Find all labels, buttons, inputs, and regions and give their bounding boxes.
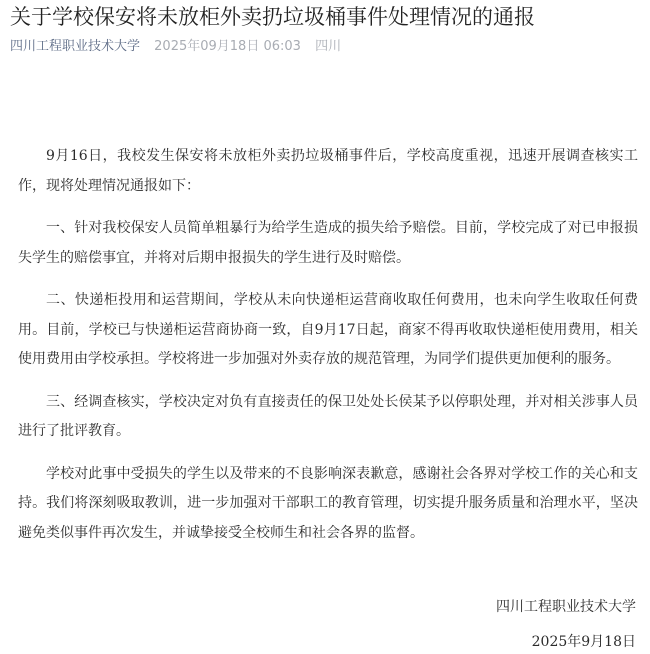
article-header: 关于学校保安将未放柜外卖扔垃圾桶事件处理情况的通报 四川工程职业技术大学 202…	[10, 2, 650, 56]
paragraph-intro: 9月16日，我校发生保安将未放柜外卖扔垃圾桶事件后，学校高度重视，迅速开展调查核…	[18, 142, 638, 201]
publish-time: 2025年09月18日 06:03	[154, 39, 301, 54]
paragraph-item-2: 二、快递柜投用和运营期间，学校从未向快递柜运营商收取任何费用，也未向学生收取任何…	[18, 286, 638, 375]
article-meta: 四川工程职业技术大学 2025年09月18日 06:03 四川	[10, 38, 650, 56]
signature-organization: 四川工程职业技术大学	[496, 596, 636, 616]
publish-location: 四川	[315, 39, 341, 54]
notice-body: 9月16日，我校发生保安将未放柜外卖扔垃圾桶事件后，学校高度重视，迅速开展调查核…	[18, 142, 638, 561]
paragraph-closing: 学校对此事中受损失的学生以及带来的不良影响深表歉意，感谢社会各界对学校工作的关心…	[18, 460, 638, 549]
source-link[interactable]: 四川工程职业技术大学	[10, 39, 140, 54]
paragraph-item-1: 一、针对我校保安人员简单粗暴行为给学生造成的损失给予赔偿。目前，学校完成了对已申…	[18, 214, 638, 273]
article-title: 关于学校保安将未放柜外卖扔垃圾桶事件处理情况的通报	[10, 2, 650, 32]
paragraph-item-3: 三、经调查核实，学校决定对负有直接责任的保卫处处长侯某予以停职处理，并对相关涉事…	[18, 388, 638, 447]
signature-date: 2025年9月18日	[532, 631, 636, 651]
